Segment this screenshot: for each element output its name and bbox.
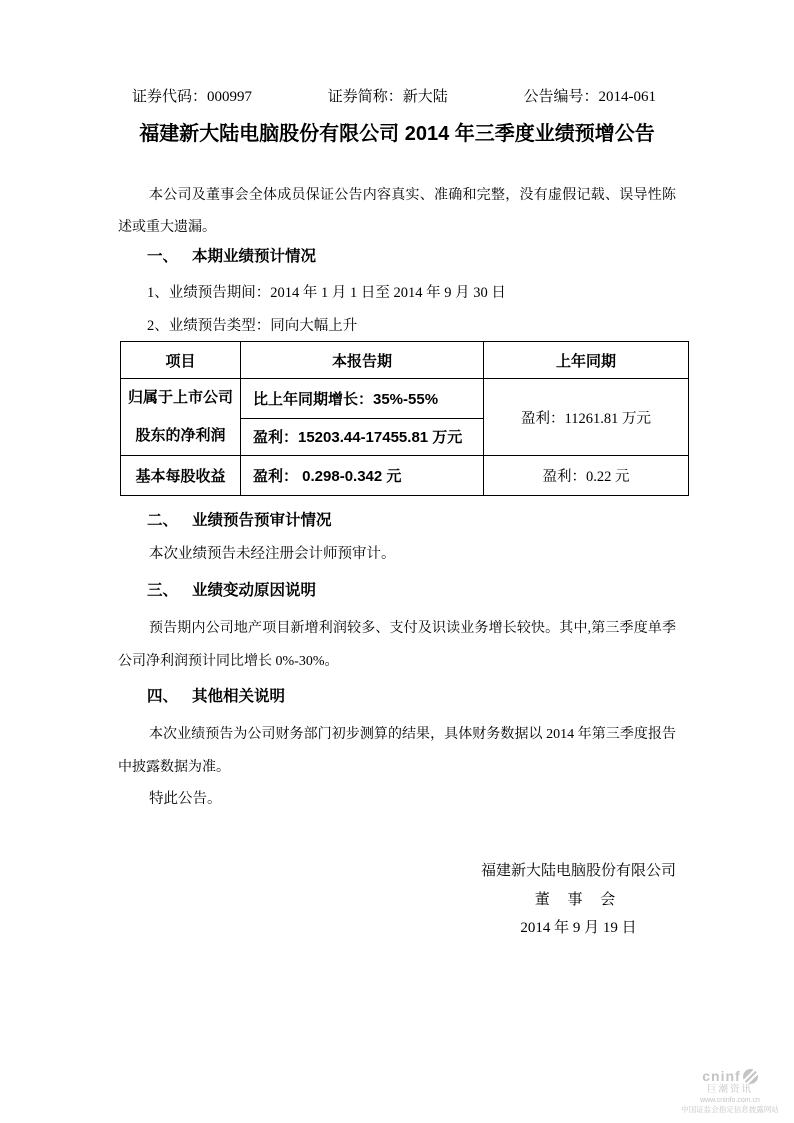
section4-number: 四、 — [147, 686, 192, 708]
section4-heading: 四、 其他相关说明 — [147, 686, 676, 708]
eps-current-cell: 盈利： 0.298-0.342 元 — [241, 456, 484, 496]
column-header-prior-period: 上年同期 — [484, 342, 689, 379]
net-profit-amount-cell: 盈利：15203.44-17455.81 万元 — [241, 418, 484, 456]
net-profit-growth-cell: 比上年同期增长：35%-55% — [241, 379, 484, 419]
cninfo-logo-row: cninf — [670, 1068, 790, 1084]
section2-heading: 二、 业绩预告预审计情况 — [147, 510, 676, 532]
eps-prior-cell: 盈利：0.22 元 — [484, 456, 689, 496]
eps-row: 基本每股收益 盈利： 0.298-0.342 元 盈利：0.22 元 — [121, 456, 689, 496]
section2-heading-text: 业绩预告预审计情况 — [192, 510, 332, 532]
performance-forecast-table: 项目 本报告期 上年同期 归属于上市公司 股东的净利润 比上年同期增长：35%-… — [120, 341, 689, 496]
net-profit-label-line2: 股东的净利润 — [121, 417, 240, 455]
signature-company: 福建新大陆电脑股份有限公司 — [481, 861, 676, 881]
section1-heading: 一、 本期业绩预计情况 — [147, 246, 676, 268]
section3-heading-text: 业绩变动原因说明 — [192, 580, 316, 602]
cninfo-swirl-icon — [743, 1069, 758, 1084]
net-profit-row-growth: 归属于上市公司 股东的净利润 比上年同期增长：35%-55% 盈利：11261.… — [121, 379, 689, 419]
forecast-period-item: 1、业绩预告期间：2014 年 1 月 1 日至 2014 年 9 月 30 日 — [147, 283, 676, 303]
cninfo-logo-text: cninf — [702, 1068, 740, 1084]
change-reason-paragraph: 预告期内公司地产项目新增利润较多、支付及识读业务增长较快。其中,第三季度单季公司… — [118, 612, 676, 678]
watermark-slogan-text: 中国证监会指定信息披露网站 — [670, 1105, 790, 1115]
eps-label-cell: 基本每股收益 — [121, 456, 241, 496]
signature-block: 福建新大陆电脑股份有限公司 董 事 会 2014 年 9 月 19 日 — [481, 861, 676, 938]
section4-heading-text: 其他相关说明 — [192, 686, 285, 708]
column-header-current-period: 本报告期 — [241, 342, 484, 379]
stock-code-text: 证券代码：000997 — [132, 88, 252, 106]
signature-board: 董 事 会 — [481, 890, 676, 910]
announcement-page: 证券代码：000997 证券简称：新大陆 公告编号：2014-061 福建新大陆… — [0, 0, 794, 1123]
net-profit-label-cell: 归属于上市公司 股东的净利润 — [121, 379, 241, 456]
table-header-row: 项目 本报告期 上年同期 — [121, 342, 689, 379]
section3-heading: 三、 业绩变动原因说明 — [147, 580, 676, 602]
section1-number: 一、 — [147, 246, 192, 268]
section2-number: 二、 — [147, 510, 192, 532]
announcement-number-text: 公告编号：2014-061 — [524, 88, 657, 106]
audit-status-text: 本次业绩预告未经注册会计师预审计。 — [118, 544, 676, 564]
page-content: 证券代码：000997 证券简称：新大陆 公告编号：2014-061 福建新大陆… — [0, 0, 794, 938]
net-profit-prior-cell: 盈利：11261.81 万元 — [484, 379, 689, 456]
watermark-url-text: www.cninfo.com.cn — [670, 1096, 790, 1105]
stock-abbr-text: 证券简称：新大陆 — [328, 88, 448, 106]
net-profit-label-line1: 归属于上市公司 — [121, 379, 240, 417]
section3-number: 三、 — [147, 580, 192, 602]
cninfo-watermark: cninf 巨潮资讯 www.cninfo.com.cn 中国证监会指定信息披露… — [670, 1068, 790, 1115]
document-header-row: 证券代码：000997 证券简称：新大陆 公告编号：2014-061 — [118, 88, 676, 106]
column-header-item: 项目 — [121, 342, 241, 379]
closing-statement: 特此公告。 — [118, 789, 676, 809]
section1-heading-text: 本期业绩预计情况 — [192, 246, 316, 268]
signature-date: 2014 年 9 月 19 日 — [481, 918, 676, 938]
other-notes-paragraph: 本次业绩预告为公司财务部门初步测算的结果，具体财务数据以 2014 年第三季度报… — [118, 718, 676, 784]
watermark-brand-text: 巨潮资讯 — [670, 1084, 790, 1096]
forecast-type-item: 2、业绩预告类型：同向大幅上升 — [147, 316, 676, 336]
page-title: 福建新大陆电脑股份有限公司 2014 年三季度业绩预增公告 — [118, 121, 676, 147]
board-declaration-paragraph: 本公司及董事会全体成员保证公告内容真实、准确和完整，没有虚假记载、误导性陈述或重… — [118, 180, 676, 244]
